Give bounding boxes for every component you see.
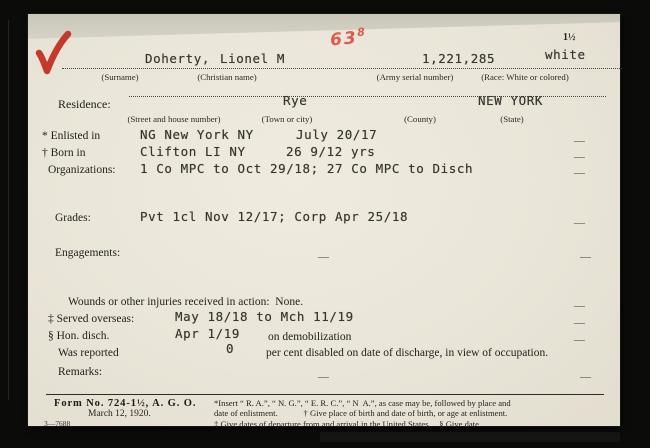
surname-label: (Surname) <box>101 72 138 82</box>
wounds-line: Wounds or other injuries received in act… <box>68 296 303 308</box>
surname-value: Doherty, <box>145 51 210 66</box>
county-label: (County) <box>404 114 436 124</box>
serial-number-label: (Army serial number) <box>377 72 454 82</box>
blank-dash: — <box>574 217 585 229</box>
hon-disch-value: Apr 1/19 <box>175 326 240 341</box>
service-record-card: 638 Doherty, Lionel M 1,221,285 1½ white… <box>28 14 620 426</box>
footer-divider <box>46 394 604 395</box>
blank-dash: — <box>574 334 585 346</box>
street-label: (Street and house number) <box>127 114 220 124</box>
was-reported-label: Was reported <box>58 347 119 359</box>
served-overseas-value: May 18/18 to Mch 11/19 <box>175 309 354 324</box>
christian-name-label: (Christian name) <box>197 72 256 82</box>
percent-disabled-value: 0 <box>226 341 234 356</box>
red-number-sup: 8 <box>357 26 366 40</box>
footer-notes: *Insert “ R. A.”, “ N. G.”, “ E. R. C.”,… <box>214 398 614 429</box>
card-top-edge <box>28 14 620 41</box>
scan-edge-line <box>8 20 9 400</box>
red-handwritten-number: 638 <box>329 26 366 51</box>
blank-dash: — <box>574 151 585 163</box>
blank-dash: — <box>318 371 329 383</box>
name-dotted-line <box>62 68 622 69</box>
hon-disch-suffix: on demobilization <box>268 331 351 343</box>
scan-artifact <box>320 432 620 442</box>
footer-note-line: ‡ Give dates of departure from and arriv… <box>214 419 614 429</box>
serial-number-value: 1,221,285 <box>422 51 495 66</box>
served-overseas-label: ‡ Served overseas: <box>48 313 134 325</box>
race-value: white <box>545 47 586 62</box>
red-number-main: 63 <box>329 28 358 50</box>
footer-note-line: *Insert “ R. A.”, “ N. G.”, “ E. R. C.”,… <box>214 398 614 408</box>
print-code: 3—7688 <box>44 419 70 428</box>
residence-label: Residence: <box>58 97 111 112</box>
blank-dash: — <box>580 251 591 263</box>
blank-dash: — <box>574 135 585 147</box>
form-date: March 12, 1920. <box>88 409 151 419</box>
enlisted-in-value: NG New York NY <box>140 127 254 142</box>
residence-state-value: NEW YORK <box>478 93 543 108</box>
remarks-label: Remarks: <box>58 366 102 378</box>
engagements-label: Engagements: <box>55 247 120 259</box>
race-label: (Race: White or colored) <box>481 72 569 82</box>
town-label: (Town or city) <box>262 114 313 124</box>
organizations-label: Organizations: <box>48 164 116 176</box>
christian-name-value: Lionel M <box>220 51 285 66</box>
red-checkmark-icon <box>34 29 74 81</box>
enlisted-in-label: * Enlisted in <box>42 130 100 142</box>
hon-disch-label: § Hon. disch. <box>48 330 109 342</box>
born-in-label: † Born in <box>42 147 85 159</box>
was-reported-suffix: per cent disabled on date of discharge, … <box>266 347 548 359</box>
blank-dash: — <box>318 251 329 263</box>
grades-value: Pvt 1cl Nov 12/17; Corp Apr 25/18 <box>140 209 408 224</box>
form-number: Form No. 724-1½, A. G. O. <box>54 398 196 409</box>
organizations-value: 1 Co MPC to Oct 29/18; 27 Co MPC to Disc… <box>140 161 473 176</box>
blank-dash: — <box>574 317 585 329</box>
born-in-value: Clifton LI NY <box>140 144 246 159</box>
footer-note-line: date of enlistment. † Give place of birt… <box>214 408 614 418</box>
race-fraction-value: 1½ <box>563 32 576 43</box>
born-age-value: 26 9/12 yrs <box>286 144 375 159</box>
blank-dash: — <box>574 300 585 312</box>
state-label: (State) <box>500 114 523 124</box>
blank-dash: — <box>574 167 585 179</box>
enlisted-date-value: July 20/17 <box>296 127 377 142</box>
grades-label: Grades: <box>55 212 91 224</box>
blank-dash: — <box>580 371 591 383</box>
residence-town-value: Rye <box>283 93 307 108</box>
